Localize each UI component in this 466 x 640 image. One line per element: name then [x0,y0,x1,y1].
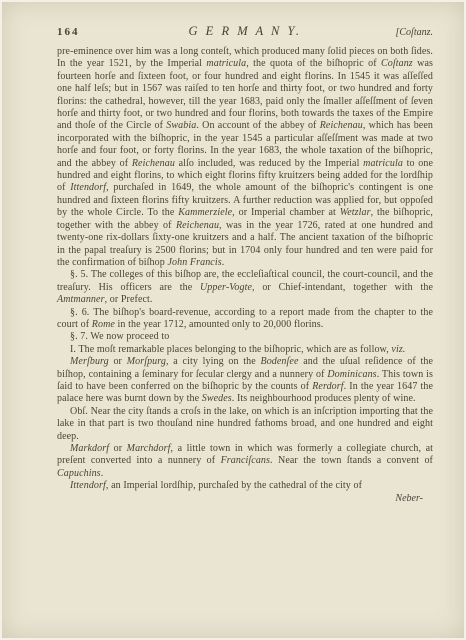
italic-text-run: Reichenau [176,220,219,231]
italic-text-run: Reichenau [132,158,175,169]
text-run: , or Imperial chamber at [232,207,340,218]
italic-text-run: Dominicans [327,369,376,380]
book-page-scan: 164 G E R M A N Y. [Coſtanz. pre-eminenc… [0,0,466,640]
italic-text-run: Franciſcans [221,455,270,466]
italic-text-run: Morſpurg [127,356,166,367]
italic-text-run: Swabia [166,120,196,131]
header-section-label: [Coſtanz. [369,27,433,38]
italic-text-run: Rome [92,319,115,330]
italic-text-run: matricula [206,58,246,69]
italic-text-run: Merſburg [70,356,109,367]
text-run: . On account of the abbey of [196,120,319,131]
text-run: . Its neighbourhood produces plenty of w… [232,393,416,404]
para-markdorf: Markdorf or Marchdorf, a little town in … [57,443,433,480]
para-observation-lake-cross: Obſ. Near the city ſtands a croſs in the… [57,406,433,443]
text-run: , an Imperial lordſhip, purchaſed by the… [106,480,362,491]
italic-text-run: Markdorf [70,443,109,454]
text-run: , or Prefect. [105,294,153,305]
text-run: , a city lying on the [166,356,260,367]
page-body: pre-eminence over him was a long conteſt… [57,46,433,493]
text-run: , or Chief-intendant, together with the [252,282,433,293]
para-matricula-taxation: pre-eminence over him was a long conteſt… [57,46,433,269]
text-run: Obſ. Near the city ſtands a croſs in the… [57,406,433,442]
italic-text-run: Ittendorf [70,182,106,193]
para-section-6-revenue: §. 6. The biſhop's board-revenue, accord… [57,307,433,332]
text-run: or [109,356,127,367]
text-run: or [109,443,127,454]
italic-text-run: Coſtanz [381,58,413,69]
para-section-7-proceed: §. 7. We now proceed to [57,331,433,343]
italic-text-run: Bodenſee [260,356,298,367]
running-title: G E R M A N Y. [121,24,369,39]
italic-text-run: matricula [363,158,403,169]
para-mersburg: Merſburg or Morſpurg, a city lying on th… [57,356,433,406]
italic-text-run: Rerdorf [312,381,343,392]
para-section-5-colleges: §. 5. The colleges of this biſhop are, t… [57,269,433,306]
italic-text-run: Marchdorf [127,443,171,454]
text-run: §. 7. We now proceed to [70,331,169,342]
italic-text-run: viz. [391,344,405,355]
italic-text-run: Ittendorf [70,480,106,491]
text-run: alſo included, was reduced by the Imperi… [175,158,363,169]
text-run: . Near the town ſtands a convent of [270,455,433,466]
text-run: in the year 1712, amounted only to 20,00… [115,319,323,330]
italic-text-run: Capuchins [57,468,101,479]
text-run: . [101,468,104,479]
italic-text-run: John Francis [167,257,221,268]
italic-text-run: Upper-Vogte [200,282,252,293]
italic-text-run: Amtmanner [57,294,105,305]
para-remarkable-places: I. The moſt remarkable places belonging … [57,344,433,356]
italic-text-run: Reichenau [320,120,363,131]
italic-text-run: Kammerziele [178,207,232,218]
page-header: 164 G E R M A N Y. [Coſtanz. [57,24,433,39]
text-run: . [222,257,225,268]
para-ittendorf: Ittendorf, an Imperial lordſhip, purchaſ… [57,480,433,492]
text-run: , the quota of the biſhopric of [246,58,381,69]
catchword: Neber- [57,493,433,505]
italic-text-run: Wetzlar [340,207,371,218]
text-run: I. The moſt remarkable places belonging … [70,344,391,355]
page-number: 164 [57,26,121,38]
italic-text-run: Swedes [202,393,232,404]
